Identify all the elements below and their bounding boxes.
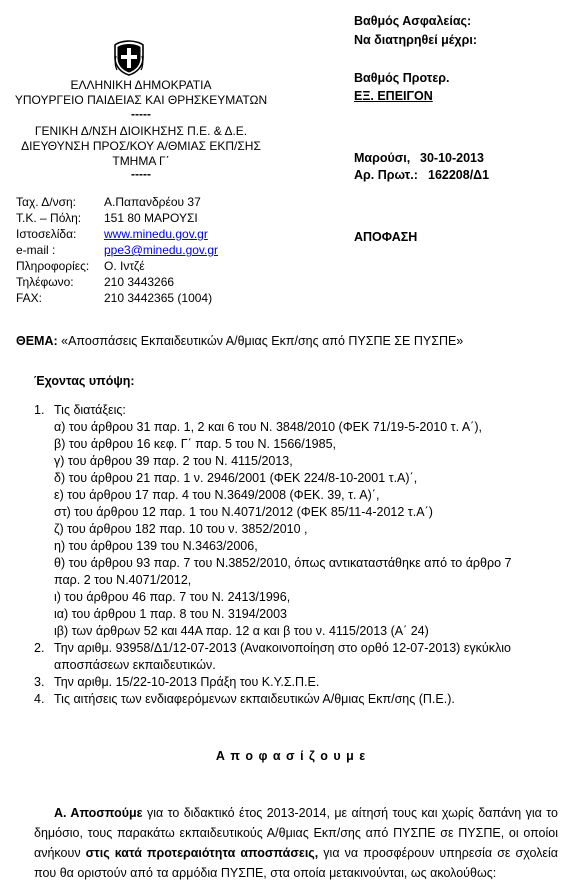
- sub-item: δ) του άρθρου 21 παρ. 1 ν. 2946/2001 (ΦΕ…: [54, 470, 511, 487]
- separator: -----: [0, 169, 282, 179]
- sub-item: ι) του άρθρου 46 παρ. 7 του Ν. 2413/1996…: [54, 589, 511, 606]
- list-item: 3. Την αριθμ. 15/22-10-2013 Πράξη του Κ.…: [34, 674, 564, 691]
- contact-row: Πληροφορίες:Ο. Ιντζέ: [16, 258, 218, 274]
- security-level: Βαθμός Ασφαλείας:: [354, 14, 471, 28]
- place-label: Μαρούσι,: [354, 151, 410, 165]
- list-item: 1. Τις διατάξεις: α) του άρθρου 31 παρ. …: [34, 402, 564, 640]
- list-text: Την αριθμ. 93958/Δ1/12-07-2013 (Ανακοινο…: [54, 640, 554, 674]
- contact-row: e-mail :ppe3@minedu.gov.gr: [16, 242, 218, 258]
- decision-heading: Α π ο φ α σ ί ζ ο υ μ ε: [0, 749, 582, 763]
- contact-label: FAX:: [16, 290, 104, 306]
- sub-item: ιβ) των άρθρων 52 και 44Α παρ. 12 α και …: [54, 623, 511, 640]
- separator: -----: [0, 108, 282, 120]
- list-number: 1.: [34, 402, 54, 640]
- list-item: 2. Την αριθμ. 93958/Δ1/12-07-2013 (Ανακο…: [34, 640, 564, 674]
- contact-row: Τ.Κ. – Πόλη:151 80 ΜΑΡΟΥΣΙ: [16, 210, 218, 226]
- sub-item: στ) του άρθρου 12 παρ. 1 του Ν.4071/2012…: [54, 504, 511, 521]
- list-item: 4. Τις αιτήσεις των ενδιαφερόμενων εκπαι…: [34, 691, 564, 708]
- contact-row: Τηλέφωνο:210 3443266: [16, 274, 218, 290]
- paragraph-emphasis: στις κατά προτεραιότητα αποσπάσεις,: [86, 846, 319, 860]
- contact-row: FAX:210 3442365 (1004): [16, 290, 218, 306]
- sub-item: α) του άρθρου 31 παρ. 1, 2 και 6 του Ν. …: [54, 419, 511, 436]
- general-directorate: ΓΕΝΙΚΗ Δ/ΝΣΗ ΔΙΟΙΚΗΣΗΣ Π.Ε. & Δ.Ε.: [0, 124, 282, 139]
- priority-level: Βαθμός Προτερ.: [354, 71, 450, 85]
- contact-info: Ταχ. Δ/νση:Α.Παπανδρέου 37 Τ.Κ. – Πόλη:1…: [16, 194, 218, 306]
- subject-text: «Αποσπάσεις Εκπαιδευτικών Α/θμιας Εκπ/ση…: [58, 334, 464, 348]
- sub-item: θ) του άρθρου 93 παρ. 7 του Ν.3852/2010,…: [54, 555, 511, 572]
- sub-item: β) του άρθρου 16 κεφ. Γ΄ παρ. 5 του Ν. 1…: [54, 436, 511, 453]
- contact-label: e-mail :: [16, 242, 104, 258]
- republic-name: ΕΛΛΗΝΙΚΗ ΔΗΜΟΚΡΑΤΙΑ: [0, 78, 282, 93]
- directorate: ΔΙΕΥΘΥΝΣΗ ΠΡΟΣ/ΚΟΥ Α/ΘΜΙΑΣ ΕΚΠ/ΣΗΣ: [0, 139, 282, 154]
- contact-value: 210 3443266: [104, 274, 174, 290]
- contact-value: 151 80 ΜΑΡΟΥΣΙ: [104, 210, 198, 226]
- document-type: ΑΠΟΦΑΣΗ: [354, 230, 417, 244]
- list-text: Τις διατάξεις:: [54, 402, 511, 419]
- contact-value: Ο. Ιντζέ: [104, 258, 145, 274]
- contact-label: Ταχ. Δ/νση:: [16, 194, 104, 210]
- contact-label: Τ.Κ. – Πόλη:: [16, 210, 104, 226]
- email-link[interactable]: ppe3@minedu.gov.gr: [104, 242, 218, 258]
- contact-row: Ιστοσελίδα:www.minedu.gov.gr: [16, 226, 218, 242]
- list-number: 4.: [34, 691, 54, 708]
- sub-item: γ) του άρθρου 39 παρ. 2 του Ν. 4115/2013…: [54, 453, 511, 470]
- contact-label: Πληροφορίες:: [16, 258, 104, 274]
- sub-item: παρ. 2 του Ν.4071/2012,: [54, 572, 511, 589]
- list-number: 3.: [34, 674, 54, 691]
- priority-value: ΕΞ. ΕΠΕΙΓΟΝ: [354, 89, 433, 103]
- contact-row: Ταχ. Δ/νση:Α.Παπανδρέου 37: [16, 194, 218, 210]
- list-text: Την αριθμ. 15/22-10-2013 Πράξη του Κ.Υ.Σ…: [54, 674, 319, 691]
- list-text: Τις αιτήσεις των ενδιαφερόμενων εκπαιδευ…: [54, 691, 455, 708]
- sub-item: ια) του άρθρου 1 παρ. 8 του Ν. 3194/2003: [54, 606, 511, 623]
- paragraph-lead: Α. Αποσπούμε: [54, 806, 143, 820]
- considerations-list: 1. Τις διατάξεις: α) του άρθρου 31 παρ. …: [34, 402, 564, 708]
- document-date: 30-10-2013: [420, 151, 484, 165]
- list-number: 2.: [34, 640, 54, 674]
- subject-line: ΘΕΜΑ: «Αποσπάσεις Εκπαιδευτικών Α/θμιας …: [16, 334, 463, 348]
- protocol-label: Αρ. Πρωτ.:: [354, 168, 418, 182]
- contact-value: 210 3442365 (1004): [104, 290, 212, 306]
- keep-until: Να διατηρηθεί μέχρι:: [354, 33, 477, 47]
- protocol-number: 162208/Δ1: [428, 168, 489, 182]
- coat-of-arms-icon: [113, 40, 145, 76]
- issuer-header: ΕΛΛΗΝΙΚΗ ΔΗΜΟΚΡΑΤΙΑ ΥΠΟΥΡΓΕΙΟ ΠΑΙΔΕΙΑΣ Κ…: [0, 78, 282, 179]
- ministry-name: ΥΠΟΥΡΓΕΙΟ ΠΑΙΔΕΙΑΣ ΚΑΙ ΘΡΗΣΚΕΥΜΑΤΩΝ: [0, 93, 282, 108]
- sub-item: ε) του άρθρου 17 παρ. 4 του Ν.3649/2008 …: [54, 487, 511, 504]
- subject-label: ΘΕΜΑ:: [16, 334, 58, 348]
- website-link[interactable]: www.minedu.gov.gr: [104, 226, 208, 242]
- decision-paragraph: Α. Αποσπούμε για το διδακτικό έτος 2013-…: [34, 803, 558, 883]
- sub-item: ζ) του άρθρου 182 παρ. 10 του ν. 3852/20…: [54, 521, 511, 538]
- contact-label: Ιστοσελίδα:: [16, 226, 104, 242]
- sub-item: η) του άρθρου 139 του Ν.3463/2006,: [54, 538, 511, 555]
- contact-value: Α.Παπανδρέου 37: [104, 194, 201, 210]
- considering-heading: Έχοντας υπόψη:: [34, 374, 135, 388]
- contact-label: Τηλέφωνο:: [16, 274, 104, 290]
